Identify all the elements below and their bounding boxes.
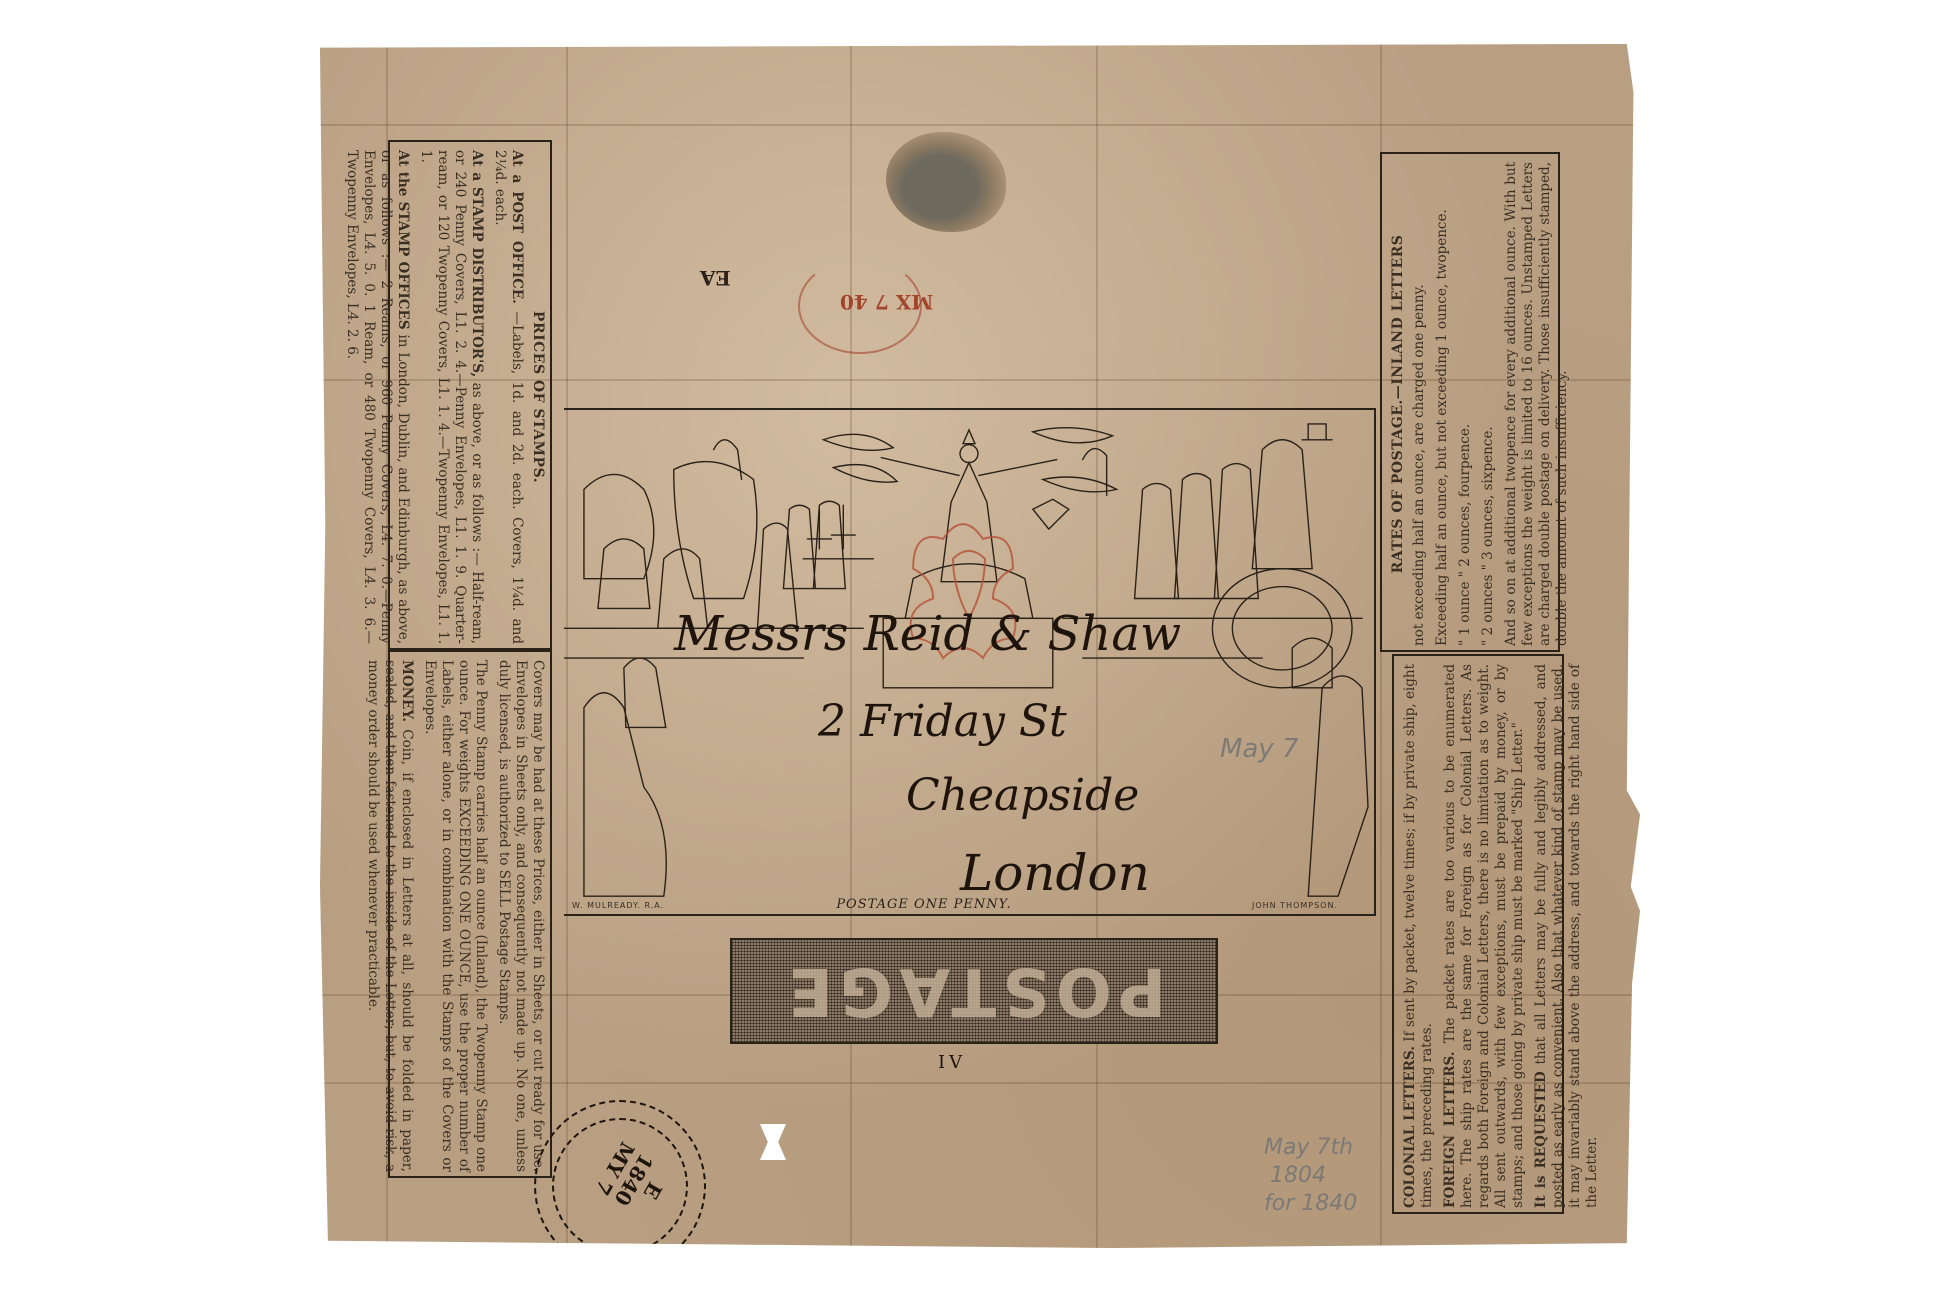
penny-stamp-paragraph: The Penny Stamp carries half an ounce (I… bbox=[421, 660, 489, 1172]
rates-heading: RATES OF POSTAGE.—INLAND LETTERS bbox=[1390, 162, 1407, 646]
postmark-top-red: MX 7 40 bbox=[840, 290, 933, 314]
rates-of-postage-panel: RATES OF POSTAGE.—INLAND LETTERS not exc… bbox=[1380, 152, 1560, 652]
covers-money-panel: Covers may be had at these Prices, eithe… bbox=[388, 650, 552, 1178]
address-line-street: 2 Friday St bbox=[818, 696, 1067, 747]
mulready-illustration: W. MULREADY. R.A. POSTAGE ONE PENNY. JOH… bbox=[564, 408, 1376, 916]
covers-money-text: Covers may be had at these Prices, eithe… bbox=[358, 660, 546, 1172]
rates-paragraph: " 2 ounces " 3 ounces, sixpence. bbox=[1480, 162, 1497, 646]
rates-paragraph: " 1 ounce " 2 ounces, fourpence. bbox=[1457, 162, 1474, 646]
covers-paragraph: Covers may be had at these Prices, eithe… bbox=[495, 660, 546, 1172]
paper-tear bbox=[760, 1124, 786, 1160]
postage-word: POSTAGE bbox=[782, 953, 1166, 1030]
postage-stamp-block: POSTAGE bbox=[730, 938, 1218, 1044]
prices-paragraph: At the STAMP OFFICES in London, Dublin, … bbox=[343, 150, 411, 644]
requested-paragraph: It is REQUESTED that all Letters may be … bbox=[1533, 664, 1601, 1208]
prices-of-stamps-panel: PRICES OF STAMPS. At a POST OFFICE. —Lab… bbox=[388, 140, 552, 650]
prices-paragraph: At a POST OFFICE. —Labels, 1d. and 2d. e… bbox=[491, 150, 525, 644]
rates-of-postage-text: RATES OF POSTAGE.—INLAND LETTERS not exc… bbox=[1390, 162, 1577, 646]
colonial-paragraph: COLONIAL LETTERS. If sent by packet, twe… bbox=[1402, 664, 1436, 1208]
postmark-top-black: EA bbox=[700, 266, 731, 290]
postmark-bottom-circular: E 1840 MY 7 bbox=[534, 1100, 706, 1272]
rates-paragraph: Exceeding half an ounce, but not exceedi… bbox=[1434, 162, 1451, 646]
prices-of-stamps-text: PRICES OF STAMPS. At a POST OFFICE. —Lab… bbox=[337, 150, 546, 644]
fold-line bbox=[320, 124, 1640, 126]
colonial-foreign-letters-panel: COLONIAL LETTERS. If sent by packet, twe… bbox=[1392, 654, 1564, 1214]
money-paragraph: MONEY. Coin, if enclosed in Letters at a… bbox=[364, 660, 415, 1172]
foreign-paragraph: FOREIGN LETTERS. The packet rates are to… bbox=[1442, 664, 1527, 1208]
pencil-note-corner: May 7th 1804 for 1840 bbox=[1264, 1134, 1357, 1218]
address-line-district: Cheapside bbox=[906, 770, 1139, 821]
engraver-credit: JOHN THOMPSON. bbox=[1252, 901, 1338, 910]
rates-paragraph: not exceeding half an ounce, are charged… bbox=[1411, 162, 1428, 646]
britannia-engraving bbox=[564, 410, 1374, 914]
prices-heading: PRICES OF STAMPS. bbox=[529, 150, 546, 644]
address-line-city: London bbox=[960, 844, 1150, 902]
letter-sheet: EA MX 7 40 PRICES OF STAMPS. At a POST O… bbox=[320, 44, 1640, 1248]
rates-paragraph: And so on at additional twopence for eve… bbox=[1503, 162, 1571, 646]
sheet-number: IV bbox=[938, 1052, 966, 1073]
prices-paragraph: At a STAMP DISTRIBUTOR'S, as above, or a… bbox=[417, 150, 485, 644]
address-line-recipient: Messrs Reid & Shaw bbox=[674, 606, 1181, 662]
pencil-note-address: May 7 bbox=[1220, 734, 1299, 764]
colonial-foreign-text: COLONIAL LETTERS. If sent by packet, twe… bbox=[1402, 664, 1607, 1208]
water-stain bbox=[886, 132, 1006, 232]
